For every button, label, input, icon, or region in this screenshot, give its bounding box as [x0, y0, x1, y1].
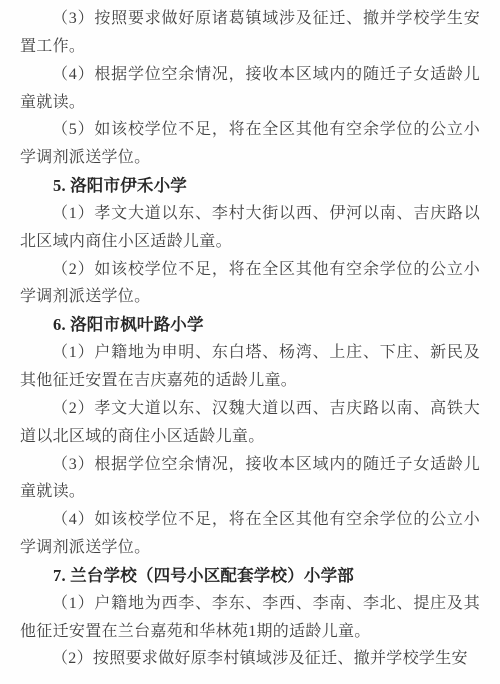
section-heading: 6. 洛阳市枫叶路小学 [20, 311, 480, 339]
document-body: （3）按照要求做好原诸葛镇域涉及征迁、撤并学校学生安置工作。（4）根据学位空余情… [20, 5, 480, 673]
body-paragraph: （2）按照要求做好原李村镇域涉及征迁、撤并学校学生安 [20, 645, 480, 673]
body-paragraph: （1）户籍地为西李、李东、李西、李南、李北、提庄及其他征迁安置在兰台嘉苑和华林苑… [20, 590, 480, 646]
body-paragraph: （2）孝文大道以东、汉魏大道以西、吉庆路以南、高铁大道以北区域的商住小区适龄儿童… [20, 395, 480, 451]
body-paragraph: （1）孝文大道以东、李村大街以西、伊河以南、吉庆路以北区域内商住小区适龄儿童。 [20, 200, 480, 256]
document-page: （3）按照要求做好原诸葛镇域涉及征迁、撤并学校学生安置工作。（4）根据学位空余情… [0, 0, 500, 684]
body-paragraph: （4）根据学位空余情况，接收本区域内的随迁子女适龄儿童就读。 [20, 61, 480, 117]
body-paragraph: （3）根据学位空余情况，接收本区域内的随迁子女适龄儿童就读。 [20, 451, 480, 507]
section-heading: 5. 洛阳市伊禾小学 [20, 172, 480, 200]
body-paragraph: （5）如该校学位不足，将在全区其他有空余学位的公立小学调剂派送学位。 [20, 116, 480, 172]
body-paragraph: （2）如该校学位不足，将在全区其他有空余学位的公立小学调剂派送学位。 [20, 256, 480, 312]
body-paragraph: （3）按照要求做好原诸葛镇域涉及征迁、撤并学校学生安置工作。 [20, 5, 480, 61]
body-paragraph: （4）如该校学位不足，将在全区其他有空余学位的公立小学调剂派送学位。 [20, 506, 480, 562]
body-paragraph: （1）户籍地为申明、东白塔、杨湾、上庄、下庄、新民及其他征迁安置在吉庆嘉苑的适龄… [20, 339, 480, 395]
section-heading: 7. 兰台学校（四号小区配套学校）小学部 [20, 562, 480, 590]
